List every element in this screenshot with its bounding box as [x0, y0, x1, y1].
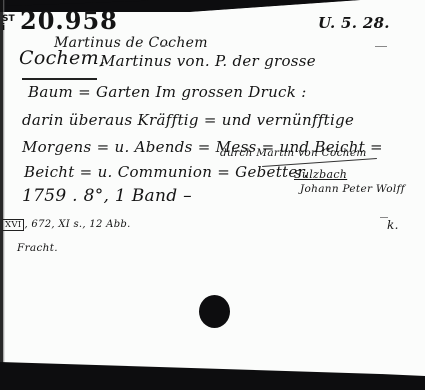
- right-margin-mark: k.: [387, 218, 399, 232]
- title-line-3: darin überaus Kräfftig = und vernünfftig…: [22, 111, 354, 129]
- scan-speck: [160, 45, 168, 46]
- annotation-place: Sulzbach: [294, 168, 347, 181]
- card-bottom-edge: [0, 362, 425, 390]
- reference-bracket: XVI: [2, 219, 24, 231]
- shelf-prefix: ST i: [2, 15, 15, 33]
- heading-underline: [22, 78, 97, 80]
- author-heading: Cochem,: [19, 47, 105, 69]
- scan-speck: [380, 217, 388, 218]
- catalog-card: ST i 20.958 U. 5. 28. Martinus de Cochem…: [0, 0, 425, 390]
- title-line-1: Martinus von. P. der grosse: [100, 52, 316, 70]
- subject-note: Fracht.: [17, 242, 58, 254]
- call-number: 20.958: [20, 6, 118, 35]
- annotation-durch: durch Martin von Cochem: [220, 147, 367, 159]
- catalog-date: U. 5. 28.: [318, 14, 390, 32]
- reference-text: , 672, XI s., 12 Abb.: [24, 219, 130, 230]
- card-left-edge: [0, 0, 5, 390]
- punch-hole: [199, 295, 230, 328]
- collation-reference: XVI, 672, XI s., 12 Abb.: [2, 219, 131, 230]
- annotation-printer: Johann Peter Wolff: [300, 183, 405, 195]
- shelf-prefix-i: i: [2, 24, 15, 33]
- imprint-line: 1759 . 8°, 1 Band –: [22, 186, 192, 206]
- title-line-2: Baum = Garten Im grossen Druck :: [28, 83, 307, 101]
- scan-speck: [375, 46, 387, 47]
